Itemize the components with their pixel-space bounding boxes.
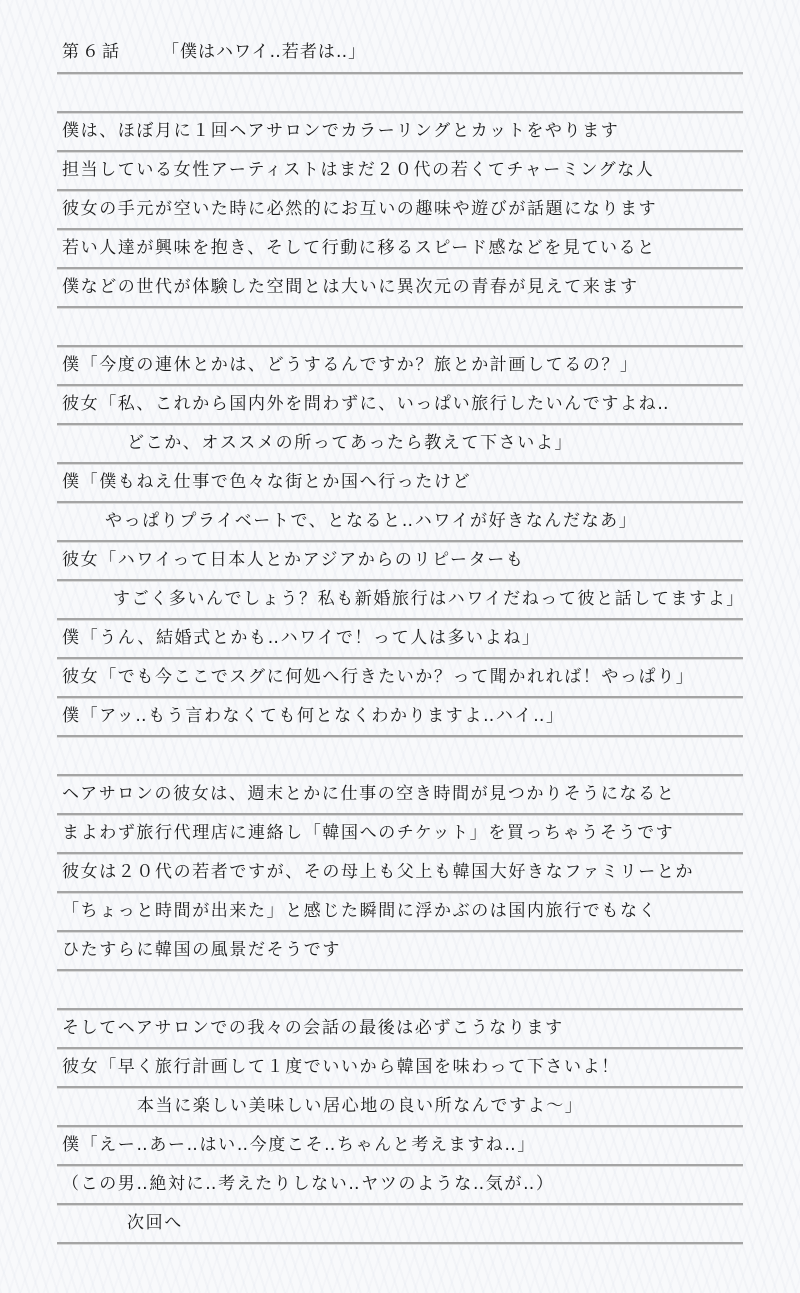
title-row: 第６話 「僕はハワイ‥若者は‥」: [57, 35, 743, 74]
line-text: 彼女「私、これから国内外を問わずに、いっぱい旅行したいんですよね‥: [57, 396, 670, 423]
dialogue-line: 彼女「早く旅行計画して１度でいいから韓国を味わって下さいよ！: [57, 1049, 743, 1088]
line-text: 担当している女性アーティストはまだ２０代の若くてチャーミングな人: [57, 162, 654, 189]
aside-line: （この男‥絶対に‥考えたりしない‥ヤツのような‥気が‥）: [57, 1166, 743, 1205]
paragraph-line: 彼女の手元が空いた時に必然的にお互いの趣味や遊びが話題になります: [57, 191, 743, 230]
paragraph-line: 僕などの世代が体験した空間とは大いに異次元の青春が見えて来ます: [57, 269, 743, 308]
dialogue-line: 彼女「ハワイって日本人とかアジアからのリピーターも: [57, 542, 743, 581]
blank-line: [57, 971, 743, 1010]
paragraph-line: 彼女は２０代の若者ですが、その母上も父上も韓国大好きなファミリーとか: [57, 854, 743, 893]
dialogue-line: 本当に楽しい美味しい居心地の良い所なんですよ～」: [57, 1088, 743, 1127]
line-text: ヘアサロンの彼女は、週末とかに仕事の空き時間が見つかりそうになると: [57, 786, 675, 813]
line-text: 本当に楽しい美味しい居心地の良い所なんですよ～」: [57, 1098, 583, 1125]
line-text: まよわず旅行代理店に連絡し「韓国へのチケット」を買っちゃうそうです: [57, 825, 674, 852]
line-text: 僕「今度の連休とかは、どうするんですか？旅とか計画してるの？」: [57, 357, 639, 384]
line-text: 僕「僕もねえ仕事で色々な街とか国へ行ったけど: [57, 474, 471, 501]
dialogue-line: 彼女「でも今ここでスグに何処へ行きたいか？って聞かれれば！やっぱり」: [57, 659, 743, 698]
blank-line: [57, 74, 743, 113]
line-text: 僕「アッ‥もう言わなくても何となくわかりますよ‥ハイ‥」: [57, 708, 565, 735]
line-text: [57, 764, 62, 774]
line-text: 彼女の手元が空いた時に必然的にお互いの趣味や遊びが話題になります: [57, 201, 657, 228]
line-text: 若い人達が興味を抱き、そして行動に移るスピード感などを見ていると: [57, 240, 656, 267]
dialogue-line: 僕「うん、結婚式とかも‥ハワイで！って人は多いよね」: [57, 620, 743, 659]
paragraph-line: ひたすらに韓国の風景だそうです: [57, 932, 743, 971]
episode-number: 第６話: [57, 37, 122, 72]
dialogue-line: どこか、オススメの所ってあったら教えて下さいよ」: [57, 425, 743, 464]
line-text: やっぱりプライベートで、となると‥ハワイが好きなんだなあ」: [57, 513, 637, 540]
paragraph-line: 「ちょっと時間が出来た」と感じた瞬間に浮かぶのは国内旅行でもなく: [57, 893, 743, 932]
next-episode-label: 次回へ: [57, 1215, 183, 1242]
paragraph-line: 担当している女性アーティストはまだ２０代の若くてチャーミングな人: [57, 152, 743, 191]
line-text: [57, 335, 62, 345]
line-text: [57, 101, 62, 111]
line-text: そしてヘアサロンでの我々の会話の最後は必ずこうなります: [57, 1020, 564, 1047]
dialogue-line: やっぱりプライベートで、となると‥ハワイが好きなんだなあ」: [57, 503, 743, 542]
line-text: 彼女「ハワイって日本人とかアジアからのリピーターも: [57, 552, 524, 579]
line-text: 彼女は２０代の若者ですが、その母上も父上も韓国大好きなファミリーとか: [57, 864, 694, 891]
paragraph-line: そしてヘアサロンでの我々の会話の最後は必ずこうなります: [57, 1010, 743, 1049]
line-text: 彼女「早く旅行計画して１度でいいから韓国を味わって下さいよ！: [57, 1059, 620, 1086]
line-text: （この男‥絶対に‥考えたりしない‥ヤツのような‥気が‥）: [57, 1176, 555, 1203]
dialogue-line: 僕「アッ‥もう言わなくても何となくわかりますよ‥ハイ‥」: [57, 698, 743, 737]
dialogue-line: すごく多いんでしょう？私も新婚旅行はハワイだねって彼と話してますよ」: [57, 581, 743, 620]
dialogue-line: 僕「今度の連休とかは、どうするんですか？旅とか計画してるの？」: [57, 347, 743, 386]
paragraph-line: 僕は、ほぼ月に１回ヘアサロンでカラーリングとカットをやります: [57, 113, 743, 152]
dialogue-line: 彼女「私、これから国内外を問わずに、いっぱい旅行したいんですよね‥: [57, 386, 743, 425]
line-text: 彼女「でも今ここでスグに何処へ行きたいか？って聞かれれば！やっぱり」: [57, 669, 694, 696]
line-text: ひたすらに韓国の風景だそうです: [57, 942, 341, 969]
line-text: 僕「うん、結婚式とかも‥ハワイで！って人は多いよね」: [57, 630, 540, 657]
blank-line: [57, 308, 743, 347]
paragraph-line: 若い人達が興味を抱き、そして行動に移るスピード感などを見ていると: [57, 230, 743, 269]
line-text: 「ちょっと時間が出来た」と感じた瞬間に浮かぶのは国内旅行でもなく: [57, 903, 657, 930]
blank-line: [57, 737, 743, 776]
line-text: どこか、オススメの所ってあったら教えて下さいよ」: [57, 435, 573, 462]
line-text: 僕は、ほぼ月に１回ヘアサロンでカラーリングとカットをやります: [57, 123, 619, 150]
line-text: すごく多いんでしょう？私も新婚旅行はハワイだねって彼と話してますよ」: [57, 591, 745, 618]
line-text: 僕「えー‥あー‥はい‥今度こそ‥ちゃんと考えますね‥」: [57, 1137, 536, 1164]
story-page: 第６話 「僕はハワイ‥若者は‥」 僕は、ほぼ月に１回ヘアサロンでカラーリングとカ…: [57, 35, 743, 1244]
line-text: 僕などの世代が体験した空間とは大いに異次元の青春が見えて来ます: [57, 279, 639, 306]
paragraph-line: まよわず旅行代理店に連絡し「韓国へのチケット」を買っちゃうそうです: [57, 815, 743, 854]
paragraph-line: ヘアサロンの彼女は、週末とかに仕事の空き時間が見つかりそうになると: [57, 776, 743, 815]
next-episode-line: 次回へ: [57, 1205, 743, 1244]
dialogue-line: 僕「僕もねえ仕事で色々な街とか国へ行ったけど: [57, 464, 743, 503]
line-text: [57, 998, 62, 1008]
episode-title: 「僕はハワイ‥若者は‥」: [122, 37, 366, 72]
dialogue-line: 僕「えー‥あー‥はい‥今度こそ‥ちゃんと考えますね‥」: [57, 1127, 743, 1166]
